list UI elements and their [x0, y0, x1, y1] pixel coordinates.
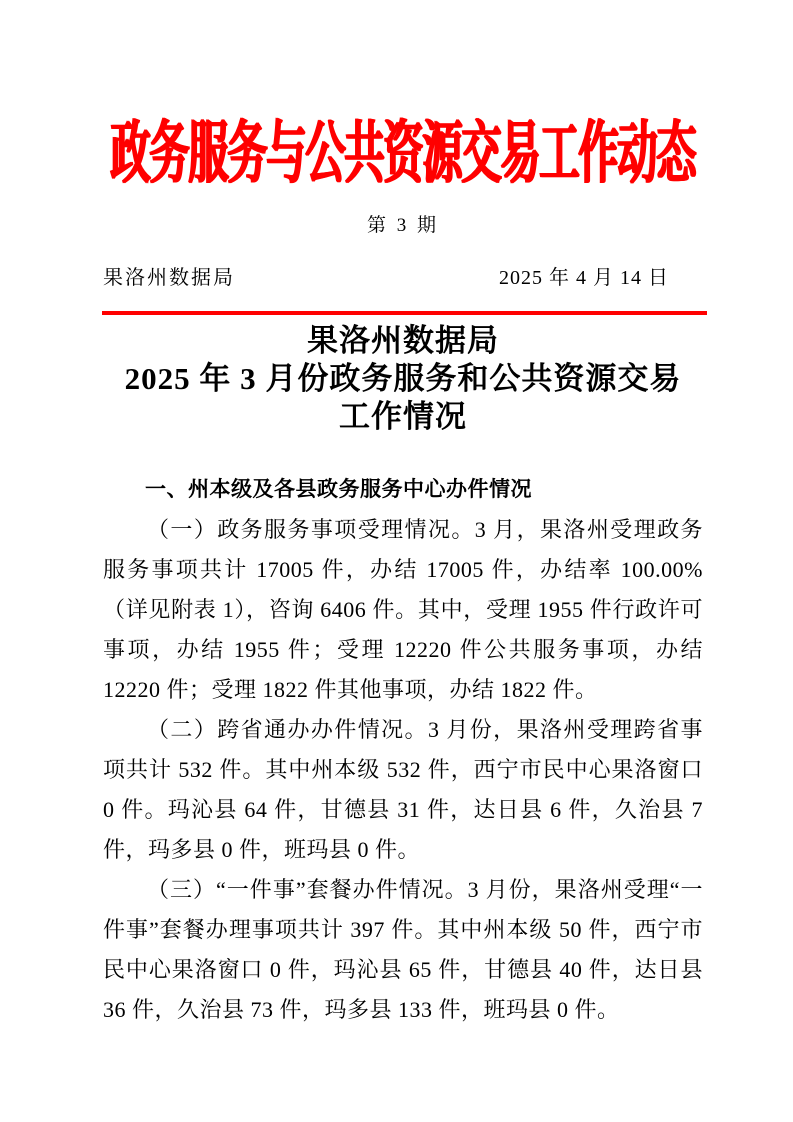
body-paragraph-3: （三）“一件事”套餐办件情况。3 月份，果洛州受理“一件事”套餐办理事项共计 3… [103, 870, 703, 1030]
body-paragraph-2: （二）跨省通办办件情况。3 月份，果洛州受理跨省事项共计 532 件。其中州本级… [103, 710, 703, 870]
document-title-line-2: 2025 年 3 月份政务服务和公共资源交易 [103, 360, 703, 398]
document-title-line-1: 果洛州数据局 [103, 322, 703, 360]
issue-number: 第 3 期 [103, 210, 703, 237]
section-heading: 一、州本级及各县政务服务中心办件情况 [103, 470, 703, 510]
red-divider-line [102, 311, 707, 315]
issuing-org: 果洛州数据局 [103, 261, 235, 290]
document-page: 政务服务与公共资源交易工作动态 第 3 期 果洛州数据局 2025 年 4 月 … [0, 0, 793, 1122]
masthead: 政务服务与公共资源交易工作动态 [103, 102, 703, 194]
issue-date: 2025 年 4 月 14 日 [499, 261, 669, 290]
document-title-line-3: 工作情况 [103, 398, 703, 436]
document-body: 一、州本级及各县政务服务中心办件情况 （一）政务服务事项受理情况。3 月，果洛州… [103, 470, 703, 1030]
body-paragraph-1: （一）政务服务事项受理情况。3 月，果洛州受理政务服务事项共计 17005 件，… [103, 510, 703, 710]
document-title: 果洛州数据局 2025 年 3 月份政务服务和公共资源交易 工作情况 [103, 322, 703, 436]
masthead-title: 政务服务与公共资源交易工作动态 [111, 100, 696, 197]
info-row: 果洛州数据局 2025 年 4 月 14 日 [103, 261, 703, 290]
